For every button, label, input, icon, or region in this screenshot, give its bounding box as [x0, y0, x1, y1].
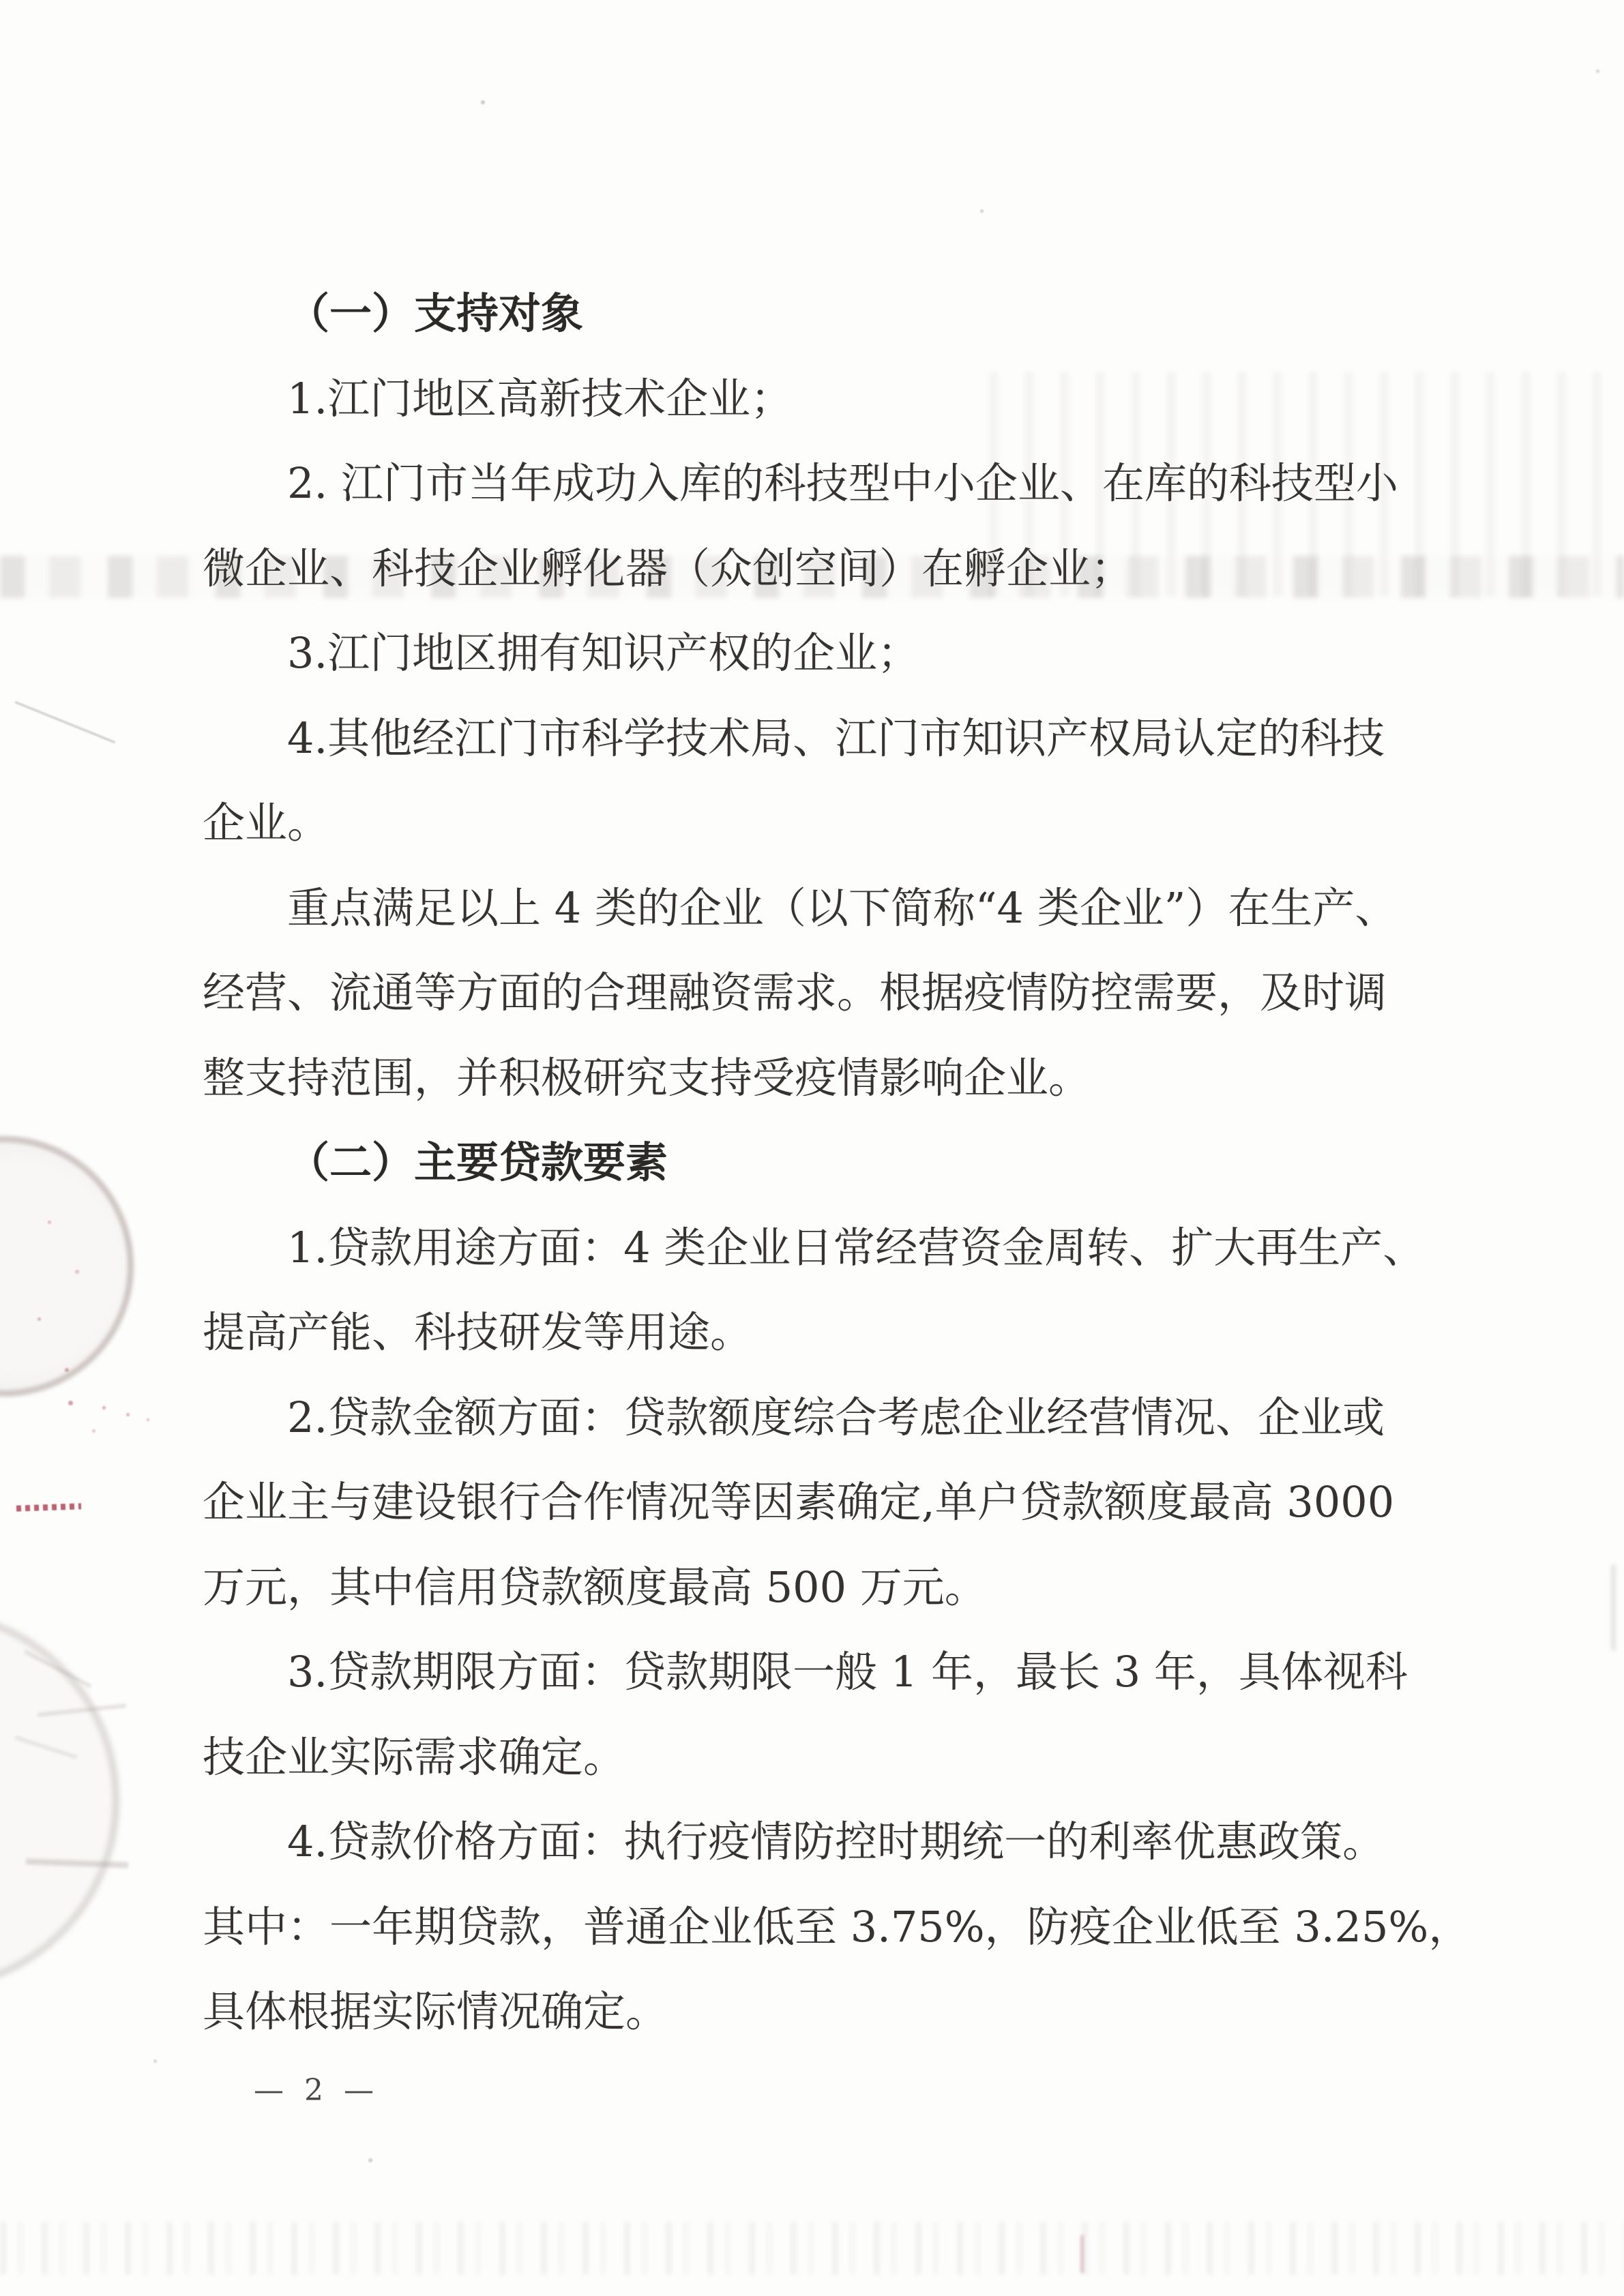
red-speck — [75, 1270, 79, 1274]
text-line: 具体根据实际情况确定。 — [203, 1969, 1395, 2055]
text-line: 4.其他经江门市科学技术局、江门市知识产权局认定的科技 — [203, 696, 1395, 781]
text-line: 万元，其中信用贷款额度最高 500 万元。 — [203, 1545, 1395, 1630]
ink-speck — [481, 100, 485, 104]
text-line: 1.贷款用途方面：4 类企业日常经营资金周转、扩大再生产、 — [203, 1206, 1395, 1291]
text-line: 1.江门地区高新技术企业； — [203, 357, 1395, 442]
ink-speck — [980, 209, 984, 213]
ink-speck — [153, 2059, 157, 2063]
ink-speck — [368, 2158, 372, 2162]
text-line: 整支持范围，并积极研究支持受疫情影响企业。 — [203, 1036, 1395, 1121]
red-speck — [68, 1401, 73, 1405]
text-line: 经营、流通等方面的合理融资需求。根据疫情防控需要，及时调 — [203, 951, 1395, 1036]
text-line: 3.贷款期限方面：贷款期限一般 1 年，最长 3 年，具体视科 — [203, 1630, 1395, 1715]
page-number: — 2 — — [254, 2073, 379, 2108]
text-line: 其中：一年期贷款，普通企业低至 3.75%，防疫企业低至 3.25%， — [203, 1885, 1395, 1970]
red-speck — [92, 1429, 95, 1433]
text-line: 2. 江门市当年成功入库的科技型中小企业、在库的科技型小 — [203, 441, 1395, 526]
text-line: 2.贷款金额方面：贷款额度综合考虑企业经营情况、企业或 — [203, 1375, 1395, 1461]
section-heading: （二）主要贷款要素 — [203, 1120, 1395, 1206]
red-speck — [38, 1317, 41, 1321]
text-line: 技企业实际需求确定。 — [203, 1715, 1395, 1800]
text-line: 企业。 — [203, 781, 1395, 866]
red-ink-mark — [16, 1503, 81, 1511]
document-body: （一）支持对象 1.江门地区高新技术企业； 2. 江门市当年成功入库的科技型中小… — [203, 271, 1395, 2055]
scan-red-streak — [1080, 2235, 1084, 2273]
faint-stamp-artifact-lower — [0, 1609, 119, 1991]
text-line: 提高产能、科技研发等用途。 — [203, 1290, 1395, 1375]
edge-smudge — [1611, 1565, 1616, 1650]
red-speck — [65, 1368, 69, 1372]
faint-stamp-artifact-upper — [0, 1136, 134, 1397]
section-heading: （一）支持对象 — [203, 271, 1395, 357]
red-speck — [102, 1406, 106, 1410]
document-page: （一）支持对象 1.江门地区高新技术企业； 2. 江门市当年成功入库的科技型中小… — [0, 0, 1624, 2296]
text-line: 重点满足以上 4 类的企业（以下简称“4 类企业”）在生产、 — [203, 866, 1395, 951]
red-speck — [48, 1221, 51, 1224]
ink-speck — [1596, 70, 1599, 73]
pencil-smudge — [14, 701, 115, 743]
red-speck — [126, 1413, 130, 1416]
scan-noise-band — [0, 2222, 1624, 2275]
text-line: 微企业、科技企业孵化器（众创空间）在孵企业； — [203, 526, 1395, 612]
text-line: 企业主与建设银行合作情况等因素确定,单户贷款额度最高 3000 — [203, 1460, 1395, 1545]
text-line: 3.江门地区拥有知识产权的企业； — [203, 611, 1395, 696]
text-line: 4.贷款价格方面：执行疫情防控时期统一的利率优惠政策。 — [203, 1800, 1395, 1885]
red-speck — [147, 1418, 149, 1421]
